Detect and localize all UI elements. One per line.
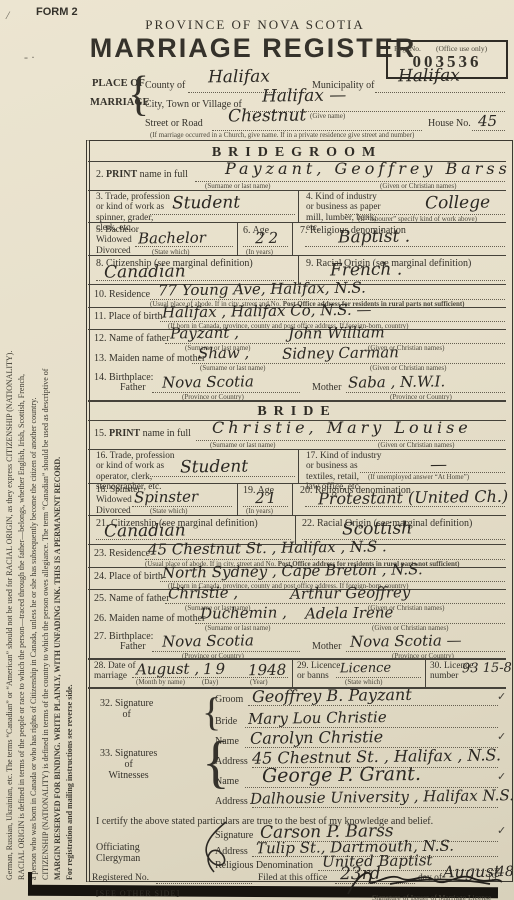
scan-mark: - · [24, 50, 35, 65]
groom-trade-value: Student [172, 193, 240, 214]
groom-birth-value: Halifax , Halifax Co, N.S. — [162, 301, 372, 322]
bride-father-label: 25. Name of father [94, 593, 170, 604]
bride-name-rest: name in full [143, 428, 191, 439]
house-no-value: 45 [478, 112, 497, 130]
surname-note: (Surname or last name) [210, 441, 276, 449]
groom-racial-value: French . [330, 259, 402, 280]
bride-religion-value: Protestant (United Ch.) [318, 487, 508, 509]
groom-name-print: PRINT [106, 169, 137, 180]
street-value: Chestnut [228, 105, 307, 126]
groom-bp-father-label: Father [120, 382, 146, 393]
county-value: Halifax [208, 67, 270, 88]
margin-line-racial-2: German, Russian, Ukrainian, etc. The ter… [4, 134, 16, 880]
groom-industry-value: College [425, 193, 490, 214]
bride-bp-mother-label: Mother [312, 641, 341, 652]
bride-birth-label: 24. Place of birth [94, 571, 163, 582]
marriage-day-value: 19 [203, 660, 228, 678]
church-note: (If marriage occurred in a Church, give … [150, 131, 414, 139]
groom-name-no: 2. [96, 169, 104, 180]
groom-birth-label: 11. Place of birth [94, 311, 163, 322]
licence-number-value: 93 15-8 [462, 661, 512, 677]
marriage-month-value: August , [136, 660, 199, 679]
divider-v [292, 222, 293, 255]
margin-instructions: German, Russian, Ukrainian, etc. The ter… [4, 134, 76, 880]
bride-father-given: Arthur Geoffrey [290, 583, 411, 603]
bride-bp-mother-value: Nova Scotia — [350, 631, 462, 651]
bride-residence-value: 45 Chestnut St. , Halifax , N.S . [148, 537, 387, 558]
surname-note: (Surname or last name) [200, 364, 266, 372]
witness2-addr-value: Dalhousie University , Halifax N.S. [250, 786, 514, 808]
registered-no-label: Registered No. [92, 873, 149, 884]
groom-residence-label: 10. Residence [94, 289, 150, 300]
groom-sig-label: Groom [215, 694, 243, 705]
bride-name-print: PRINT [109, 428, 140, 439]
witness2-addr-label: Address [215, 796, 248, 807]
year-note: (Year) [250, 678, 268, 686]
divider-v [292, 658, 293, 687]
groom-signature-value: Geoffrey B. Payzant [252, 685, 412, 706]
state-which-note: (State which) [150, 507, 188, 515]
give-name-note: (Give name) [310, 112, 345, 120]
witness2-name-value: George P. Grant. [262, 763, 421, 787]
groom-name-rest: name in full [140, 169, 188, 180]
filed-label: Filed at this office [258, 873, 327, 884]
witness1-name-value: Carolyn Christie [250, 727, 383, 748]
house-no-label: House No. [428, 118, 471, 129]
scan-mark: / [6, 8, 9, 23]
bride-signature-value: Mary Lou Christie [248, 708, 387, 728]
bride-residence-label: 23. Residence [94, 548, 150, 559]
check-mark-icon: ✓ [497, 730, 506, 743]
bride-name-no: 15. [94, 428, 107, 439]
at-home-note: (If unemployed answer “At Home”) [368, 473, 469, 481]
divider-v [298, 449, 299, 483]
given-note: (Given or Christian names) [378, 441, 454, 449]
date-of-marriage-label: 28. Date of marriage [94, 661, 136, 682]
bride-status-value: Spinster [134, 488, 198, 507]
groom-name-value: Payzant, Geoffrey Barss [225, 159, 511, 178]
margin-line-racial-1: RACIAL ORIGIN is defined in terms of the… [16, 134, 28, 880]
bride-racial-value: Scottish [342, 519, 412, 540]
divider [88, 190, 506, 191]
marriage-year-value: 1948 [248, 661, 286, 680]
marriage-register-document: / - · German, Russian, Ukrainian, etc. T… [0, 0, 514, 900]
bride-citizenship-value: Canadian [104, 520, 186, 541]
divider [88, 255, 506, 256]
margin-line-citizenship-1: CITIZENSHIP (NATIONALITY) is defined in … [40, 134, 52, 880]
margin-line-citizenship-2: a person who was born in Canada or who h… [28, 134, 40, 880]
clergy-addr-label: Address [215, 846, 248, 857]
groom-father-surname: Payzant , [170, 324, 239, 343]
divider [88, 222, 506, 223]
groom-status-value: Bachelor [138, 229, 206, 248]
city-value: Halifax — [262, 85, 347, 106]
bride-name-value: Christie, Mary Louise [212, 418, 472, 437]
groom-mother-surname: Shaw , [198, 344, 250, 363]
province-title: PROVINCE OF NOVA SCOTIA [100, 18, 410, 33]
witnesses-word: Signatures of Witnesses [109, 748, 158, 781]
issuer-signature-label: Signature of Issuer of Marriage License [372, 893, 491, 900]
page-title: MARRIAGE REGISTER [88, 33, 418, 63]
groom-age-value: 22 [255, 229, 282, 247]
margin-line-registration: For registration and mailing instruction… [64, 134, 76, 880]
municipality-value: Halifax [398, 66, 460, 87]
divider [88, 449, 506, 450]
check-mark-icon: ✓ [497, 824, 506, 837]
signature-word: Signature of [115, 698, 153, 720]
groom-citizenship-value: Canadian [104, 261, 186, 282]
month-note: (Month by name) [136, 678, 185, 686]
municipality-line [375, 91, 505, 93]
given-note: (Given or Christian names) [370, 364, 446, 372]
bride-age-value: 21 [255, 489, 278, 507]
bride-name-label: 15. PRINT name in full [94, 428, 191, 439]
place-brace: { [128, 65, 149, 121]
groom-bp-mother-value: Saba , N.W.I. [348, 372, 446, 391]
witnesses-no: 33. [100, 748, 113, 759]
groom-status-label: 5. Bachelor Widowed Divorced [96, 225, 139, 256]
witnesses-label: 33. Signatures of Witnesses [100, 748, 157, 782]
groom-residence-value: 77 Young Ave, Halifax, N.S. [158, 279, 366, 300]
divider-v [425, 658, 426, 687]
divider [88, 483, 506, 484]
groom-father-label: 12. Name of father [94, 333, 170, 344]
divider-v [237, 222, 238, 255]
divider [88, 515, 506, 516]
groom-religion-value: Baptist . [338, 226, 410, 247]
denomination-label: Religious Denomination [215, 860, 313, 871]
officiating-clergyman-label: Officiating Clergyman [96, 842, 140, 864]
signature-no: 32. [100, 698, 113, 709]
licence-value: Licence [340, 661, 391, 677]
given-note: (Given or Christian names) [380, 182, 456, 190]
surname-note: (Surname or last name) [205, 182, 271, 190]
check-mark-icon: ✓ [497, 690, 506, 703]
divider-v [298, 190, 299, 222]
groom-bp-mother-label: Mother [312, 382, 341, 393]
bride-sig-label: Bride [215, 716, 237, 727]
in-years-note: (In years) [246, 507, 273, 515]
see-other-side: [SEE OTHER SIDE] [96, 890, 180, 899]
signature-of-label: 32. Signature of [100, 698, 153, 720]
bride-mother-surname: Duchemin , [200, 603, 287, 622]
divider-thick [88, 400, 506, 402]
bride-bp-father-value: Nova Scotia [162, 631, 254, 650]
registered-no-line [156, 882, 252, 884]
groom-mother-given: Sidney Carman [282, 343, 399, 363]
divider-v [292, 483, 293, 515]
day-note: (Day) [202, 678, 218, 686]
bride-mother-label: 26. Maiden name of mother [94, 613, 205, 624]
groom-bp-father-value: Nova Scotia [162, 372, 254, 391]
margin-line-binding: MARGIN RESERVED FOR BINDING. WRITE PLAIN… [52, 134, 64, 880]
bride-mother-given: Adela Irene [305, 603, 394, 622]
groom-mother-label: 13. Maiden name of mother [94, 353, 205, 364]
bride-birth-value: North Sydney , Cape Breton , N.S. [162, 560, 423, 582]
licence-banns-label: 29. Licence or banns [297, 661, 340, 682]
groom-name-label: 2. PRINT name in full [96, 169, 188, 180]
divider-v [237, 483, 238, 515]
witness1-name-label: Name [215, 736, 239, 747]
witness2-name-label: Name [215, 776, 239, 787]
bride-father-surname: Christie , [168, 584, 238, 603]
bride-bp-father-label: Father [120, 641, 146, 652]
street-label: Street or Road [145, 118, 203, 129]
check-mark-icon: ✓ [497, 770, 506, 783]
bride-trade-value: Student [180, 457, 248, 478]
groom-father-given: John William [288, 323, 385, 342]
witness1-addr-label: Address [215, 756, 248, 767]
form-number: FORM 2 [36, 6, 78, 18]
county-label: County of [145, 80, 185, 91]
